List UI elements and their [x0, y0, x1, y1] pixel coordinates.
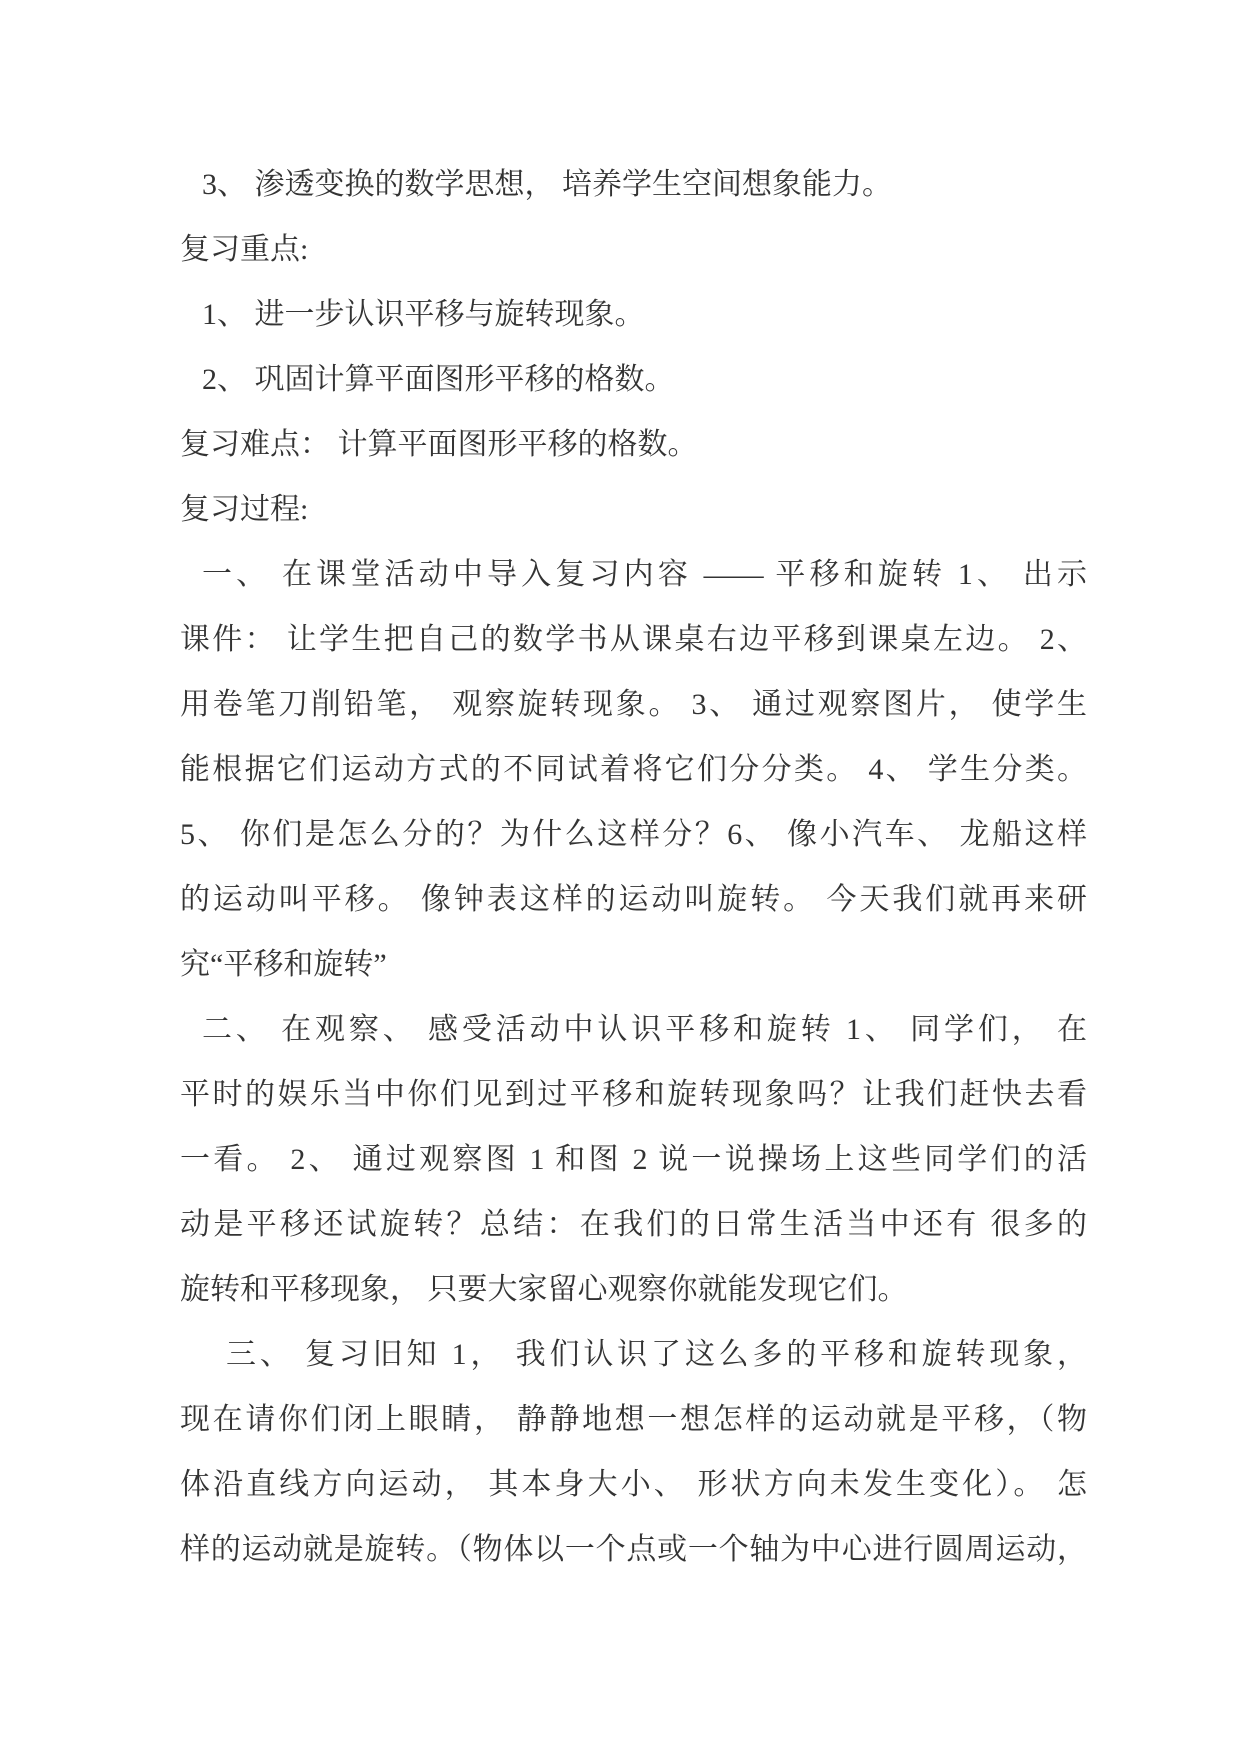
heading-review-key-points: 复习重点:	[180, 217, 1087, 282]
text-line: 平时的娱乐当中你们见到过平移和旋转现象吗？让我们赶快去看	[180, 1062, 1087, 1127]
text-line: 现在请你们闭上眼睛， 静静地想一想怎样的运动就是平移，（物	[180, 1387, 1087, 1452]
text-line-last: 样的运动就是旋转。（物体以一个点或一个轴为中心进行圆周运动，	[180, 1517, 1087, 1582]
text-line-section-2-start: 二、 在观察、 感受活动中认识平移和旋转 1、 同学们， 在	[180, 997, 1087, 1062]
text-line: 5、 你们是怎么分的？为什么这样分？6、 像小汽车、 龙船这样	[180, 802, 1087, 867]
text-line-objective-3: 3、 渗透变换的数学思想， 培养学生空间想象能力。	[180, 152, 1087, 217]
text-line: 用卷笔刀削铅笔， 观察旋转现象。 3、 通过观察图片， 使学生	[180, 672, 1087, 737]
text-line: 课件： 让学生把自己的数学书从课桌右边平移到课桌左边。 2、	[180, 607, 1087, 672]
text-line: 体沿直线方向运动， 其本身大小、 形状方向未发生变化）。 怎	[180, 1452, 1087, 1517]
text-line: 的运动叫平移。 像钟表这样的运动叫旋转。 今天我们就再来研	[180, 867, 1087, 932]
text-line-section-3-start: 三、 复习旧知 1， 我们认识了这么多的平移和旋转现象，	[180, 1322, 1087, 1387]
text-line: 动是平移还试旋转？总结：在我们的日常生活当中还有 很多的	[180, 1192, 1087, 1257]
text-line-section-2-end: 旋转和平移现象， 只要大家留心观察你就能发现它们。	[180, 1257, 1087, 1322]
document-page: 3、 渗透变换的数学思想， 培养学生空间想象能力。 复习重点: 1、 进一步认识…	[0, 0, 1241, 1754]
text-line-key-point-1: 1、 进一步认识平移与旋转现象。	[180, 282, 1087, 347]
lesson-plan-text-block: 3、 渗透变换的数学思想， 培养学生空间想象能力。 复习重点: 1、 进一步认识…	[180, 152, 1087, 1582]
heading-review-difficulty: 复习难点： 计算平面图形平移的格数。	[180, 412, 1087, 477]
text-line-section-1-start: 一、 在课堂活动中导入复习内容 —— 平移和旋转 1、 出示	[180, 542, 1087, 607]
text-line: 能根据它们运动方式的不同试着将它们分分类。 4、 学生分类。	[180, 737, 1087, 802]
text-line-section-1-end: 究“平移和旋转”	[180, 932, 1087, 997]
text-line: 一看。 2、 通过观察图 1 和图 2 说一说操场上这些同学们的活	[180, 1127, 1087, 1192]
text-line-key-point-2: 2、 巩固计算平面图形平移的格数。	[180, 347, 1087, 412]
heading-review-process: 复习过程:	[180, 477, 1087, 542]
